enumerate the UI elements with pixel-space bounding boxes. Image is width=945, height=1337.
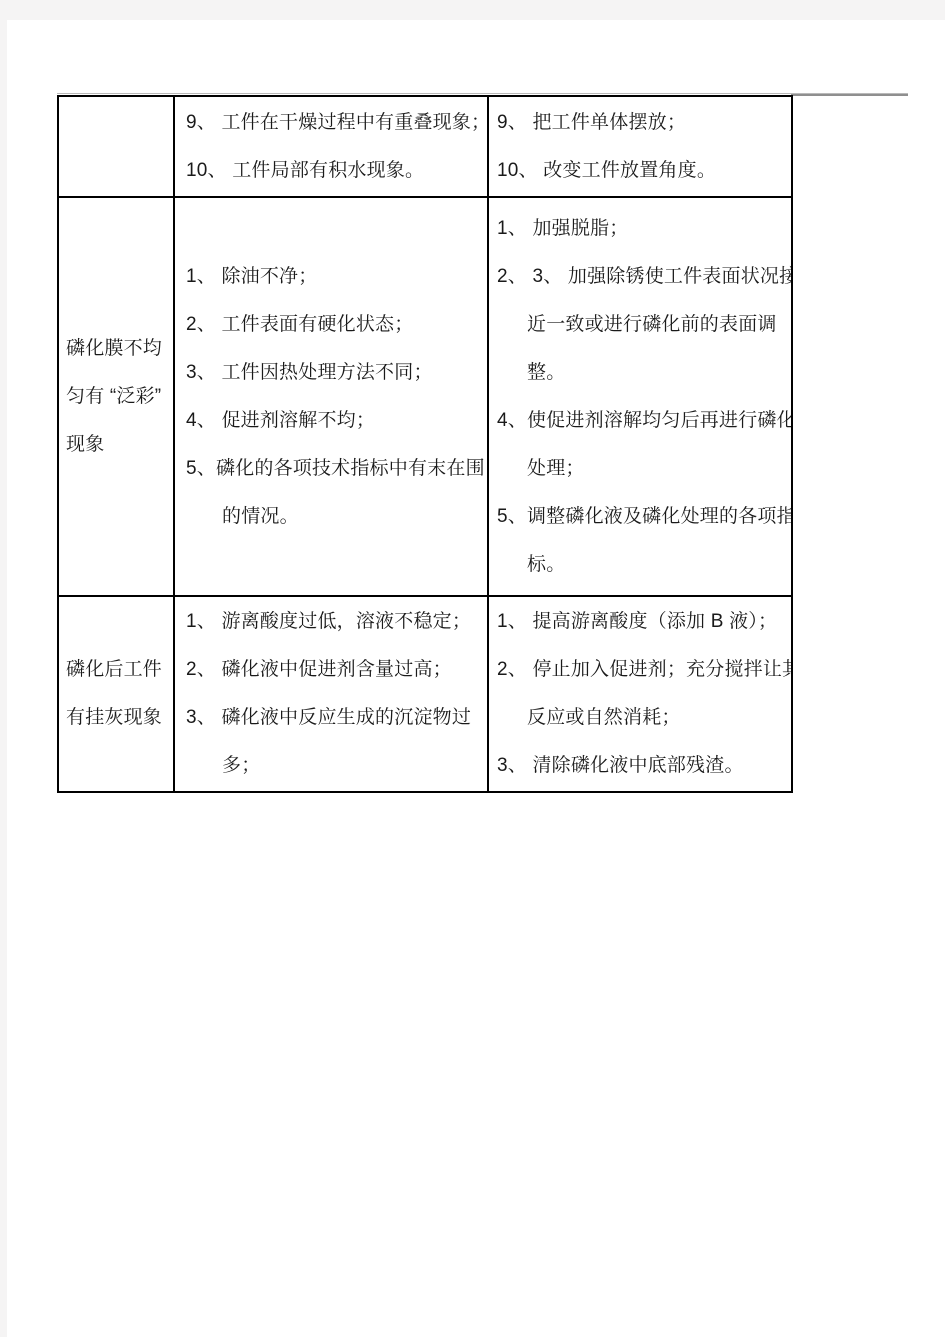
text-line: 现象: [66, 421, 171, 469]
text-line: 磷化后工件: [66, 646, 171, 694]
text-line: 1、 除油不净；: [186, 253, 485, 301]
text-line: 标。: [497, 541, 789, 589]
phenomenon-cell: 磷化后工件有挂灰现象: [59, 597, 175, 791]
text-line: 5、磷化的各项技术指标中有末在围: [186, 445, 485, 493]
text-line: 9、 工件在干燥过程中有重叠现象；: [186, 99, 485, 147]
causes-cell: 1、 游离酸度过低，溶液不稳定；2、 磷化液中促进剂含量过高；3、 磷化液中反应…: [175, 597, 489, 791]
text-line: 2、 3、 加强除锈使工件表面状况接: [497, 253, 789, 301]
text-line: 有挂灰现象: [66, 694, 171, 742]
text-line: 2、 停止加入促进剂；充分搅拌让其: [497, 646, 789, 694]
troubleshooting-table: 9、 工件在干燥过程中有重叠现象；10、 工件局部有积水现象。9、 把工件单体摆…: [57, 95, 793, 793]
text-line: 10、 工件局部有积水现象。: [186, 147, 485, 195]
text-line: 处理；: [497, 445, 789, 493]
text-line: 2、 磷化液中促进剂含量过高；: [186, 646, 485, 694]
text-line: 3、 工件因热处理方法不同；: [186, 349, 485, 397]
text-line: 反应或自然消耗；: [497, 694, 789, 742]
phenomenon-cell: [59, 97, 175, 198]
text-line: 9、 把工件单体摆放；: [497, 99, 789, 147]
text-line: 3、 清除磷化液中底部残渣。: [497, 742, 789, 790]
remedies-cell: 9、 把工件单体摆放；10、 改变工件放置角度。: [489, 97, 791, 198]
remedies-cell: 1、 提高游离酸度（添加 B 液）；2、 停止加入促进剂；充分搅拌让其反应或自然…: [489, 597, 791, 791]
phenomenon-cell: 磷化膜不均匀有 “泛彩”现象: [59, 198, 175, 597]
text-line: 4、 促进剂溶解不均；: [186, 397, 485, 445]
text-line: 4、使促进剂溶解均匀后再进行磷化: [497, 397, 789, 445]
document-page: { "page": { "background_color": "#f5f4f4…: [0, 0, 945, 1337]
text-line: 1、 游离酸度过低，溶液不稳定；: [186, 598, 485, 646]
text-line: 的情况。: [186, 493, 485, 541]
table-top-rule: [57, 93, 908, 94]
text-line: 3、 磷化液中反应生成的沉淀物过: [186, 694, 485, 742]
causes-cell: 9、 工件在干燥过程中有重叠现象；10、 工件局部有积水现象。: [175, 97, 489, 198]
text-line: 磷化膜不均: [66, 325, 171, 373]
text-line: 1、 提高游离酸度（添加 B 液）；: [497, 598, 789, 646]
text-line: 2、 工件表面有硬化状态；: [186, 301, 485, 349]
text-line: 整。: [497, 349, 789, 397]
remedies-cell: 1、 加强脱脂；2、 3、 加强除锈使工件表面状况接近一致或进行磷化前的表面调整…: [489, 198, 791, 597]
text-line: 10、 改变工件放置角度。: [497, 147, 789, 195]
text-line: 多；: [186, 742, 485, 790]
text-line: 近一致或进行磷化前的表面调: [497, 301, 789, 349]
text-line: 1、 加强脱脂；: [497, 205, 789, 253]
table-top-border-extension: [791, 94, 908, 96]
text-line: 匀有 “泛彩”: [66, 373, 171, 421]
text-line: 5、调整磷化液及磷化处理的各项指: [497, 493, 789, 541]
causes-cell: 1、 除油不净；2、 工件表面有硬化状态；3、 工件因热处理方法不同；4、 促进…: [175, 198, 489, 597]
